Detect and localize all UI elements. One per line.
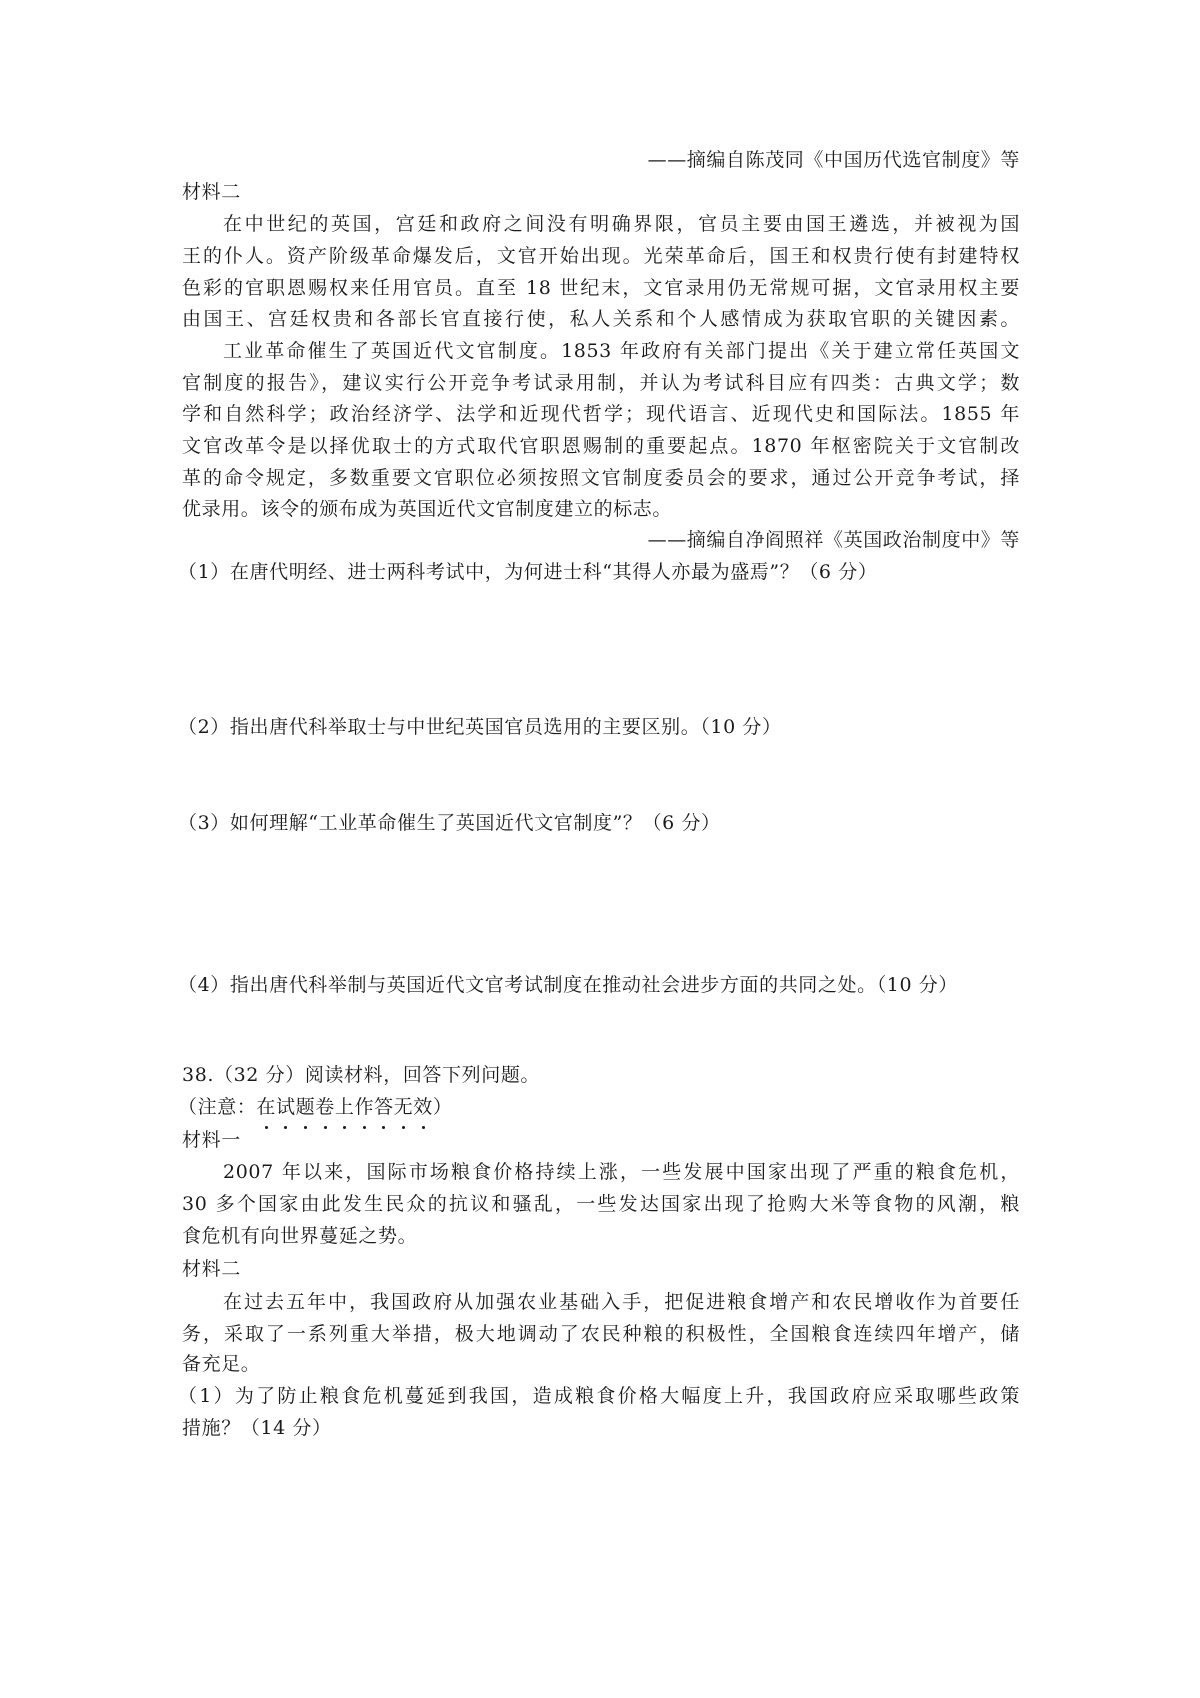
notice-emph-char: 在 [256,1094,276,1120]
notice-emph-char: 卷 [315,1094,335,1120]
material-2-p2-line-6: 优录用。该令的颁布成为英国近代文官制度建立的标志。 [182,496,1020,522]
q38-material-1-line-1: 2007 年以来，国际市场粮食价格持续上涨，一些发展中国家出现了严重的粮食危机， [223,1159,1020,1185]
citation-chen-maotong: ——摘编自陈茂同《中国历代选官制度》等 [182,147,1020,173]
notice-emph-char: 无 [394,1094,414,1120]
notice-emph-char: 题 [296,1094,316,1120]
question-2: （2）指出唐代科举取士与中世纪英国官员选用的主要区别。（10 分） [178,714,1016,740]
material-2-p1-line-3: 色彩的官职恩赐权来任用官员。直至 18 世纪末，文官录用仍无常规可据，文官录用权… [182,275,1020,301]
q38-material-2-line-2: 务，采取了一系列重大举措，极大地调动了农民种粮的积极性，全国粮食连续四年增产，储 [182,1321,1020,1347]
question-4: （4）指出唐代科举制与英国近代文官考试制度在推动社会进步方面的共同之处。（10 … [178,972,1016,998]
material-2-p2-line-1: 工业革命催生了英国近代文官制度。1853 年政府有关部门提出《关于建立常任英国文 [223,338,1020,364]
question-1: （1）在唐代明经、进士两科考试中，为何进士科“其得人亦最为盛焉”？（6 分） [178,559,1016,585]
q38-question-1-line-2: 措施？（14 分） [182,1415,1020,1441]
notice-prefix: （注意： [178,1096,256,1118]
q38-material-2-line-3: 备充足。 [182,1351,1020,1377]
q38-material-1-line-2: 30 多个国家由此发生民众的抗议和骚乱，一些发达国家出现了抢购大米等食物的风潮，… [182,1191,1020,1217]
q38-material-2-label: 材料二 [182,1256,1020,1282]
material-2-p2-line-4: 文官改革令是以择优取士的方式取代官职恩赐制的重要起点。1870 年枢密院关于文官… [182,433,1020,459]
notice-suffix: ） [433,1096,453,1118]
question-3: （3）如何理解“工业革命催生了英国近代文官制度”？（6 分） [178,810,1016,836]
q38-question-1-line-1: （1）为了防止粮食危机蔓延到我国，造成粮食价格大幅度上升，我国政府应采取哪些政策 [178,1383,1020,1409]
exam-page: ——摘编自陈茂同《中国历代选官制度》等 材料二 在中世纪的英国，宫廷和政府之间没… [0,0,1200,1698]
notice-emph-char: 上 [335,1094,355,1120]
q38-material-1-label: 材料一 [182,1127,1020,1153]
material-2-p2-line-2: 官制度的报告》，建议实行公开竞争考试录用制，并认为考试科目应有四类：古典文学；数 [182,370,1020,396]
notice-emph-char: 效 [413,1094,433,1120]
material-2-p2-line-5: 革的命令规定，多数重要文官职位必须按照文官制度委员会的要求，通过公开竞争考试，择 [182,465,1020,491]
q38-notice: （注意：在试题卷上作答无效） [178,1094,1016,1120]
q38-heading: 38.（32 分）阅读材料，回答下列问题。 [182,1062,1020,1088]
notice-emph-char: 作 [354,1094,374,1120]
notice-emph-char: 答 [374,1094,394,1120]
q38-material-1-line-3: 食危机有向世界蔓延之势。 [182,1223,1020,1249]
material-2-p1-line-1: 在中世纪的英国，宫廷和政府之间没有明确界限，官员主要由国王遴选，并被视为国 [223,211,1020,237]
material-2-label: 材料二 [182,179,1020,205]
material-2-p1-line-4: 由国王、宫廷权贵和各部长官直接行使，私人关系和个人感情成为获取官职的关键因素。 [182,306,1020,332]
q38-material-2-line-1: 在过去五年中，我国政府从加强农业基础入手，把促进粮食增产和农民增收作为首要任 [223,1289,1020,1315]
material-2-p1-line-2: 王的仆人。资产阶级革命爆发后，文官开始出现。光荣革命后，国王和权贵行使有封建特权 [182,243,1020,269]
citation-yan-zhaoxiang: ——摘编自净阎照祥《英国政治制度中》等 [182,527,1020,553]
material-2-p2-line-3: 学和自然科学；政治经济学、法学和近现代哲学；现代语言、近现代史和国际法。1855… [182,401,1020,427]
notice-emph-char: 试 [276,1094,296,1120]
